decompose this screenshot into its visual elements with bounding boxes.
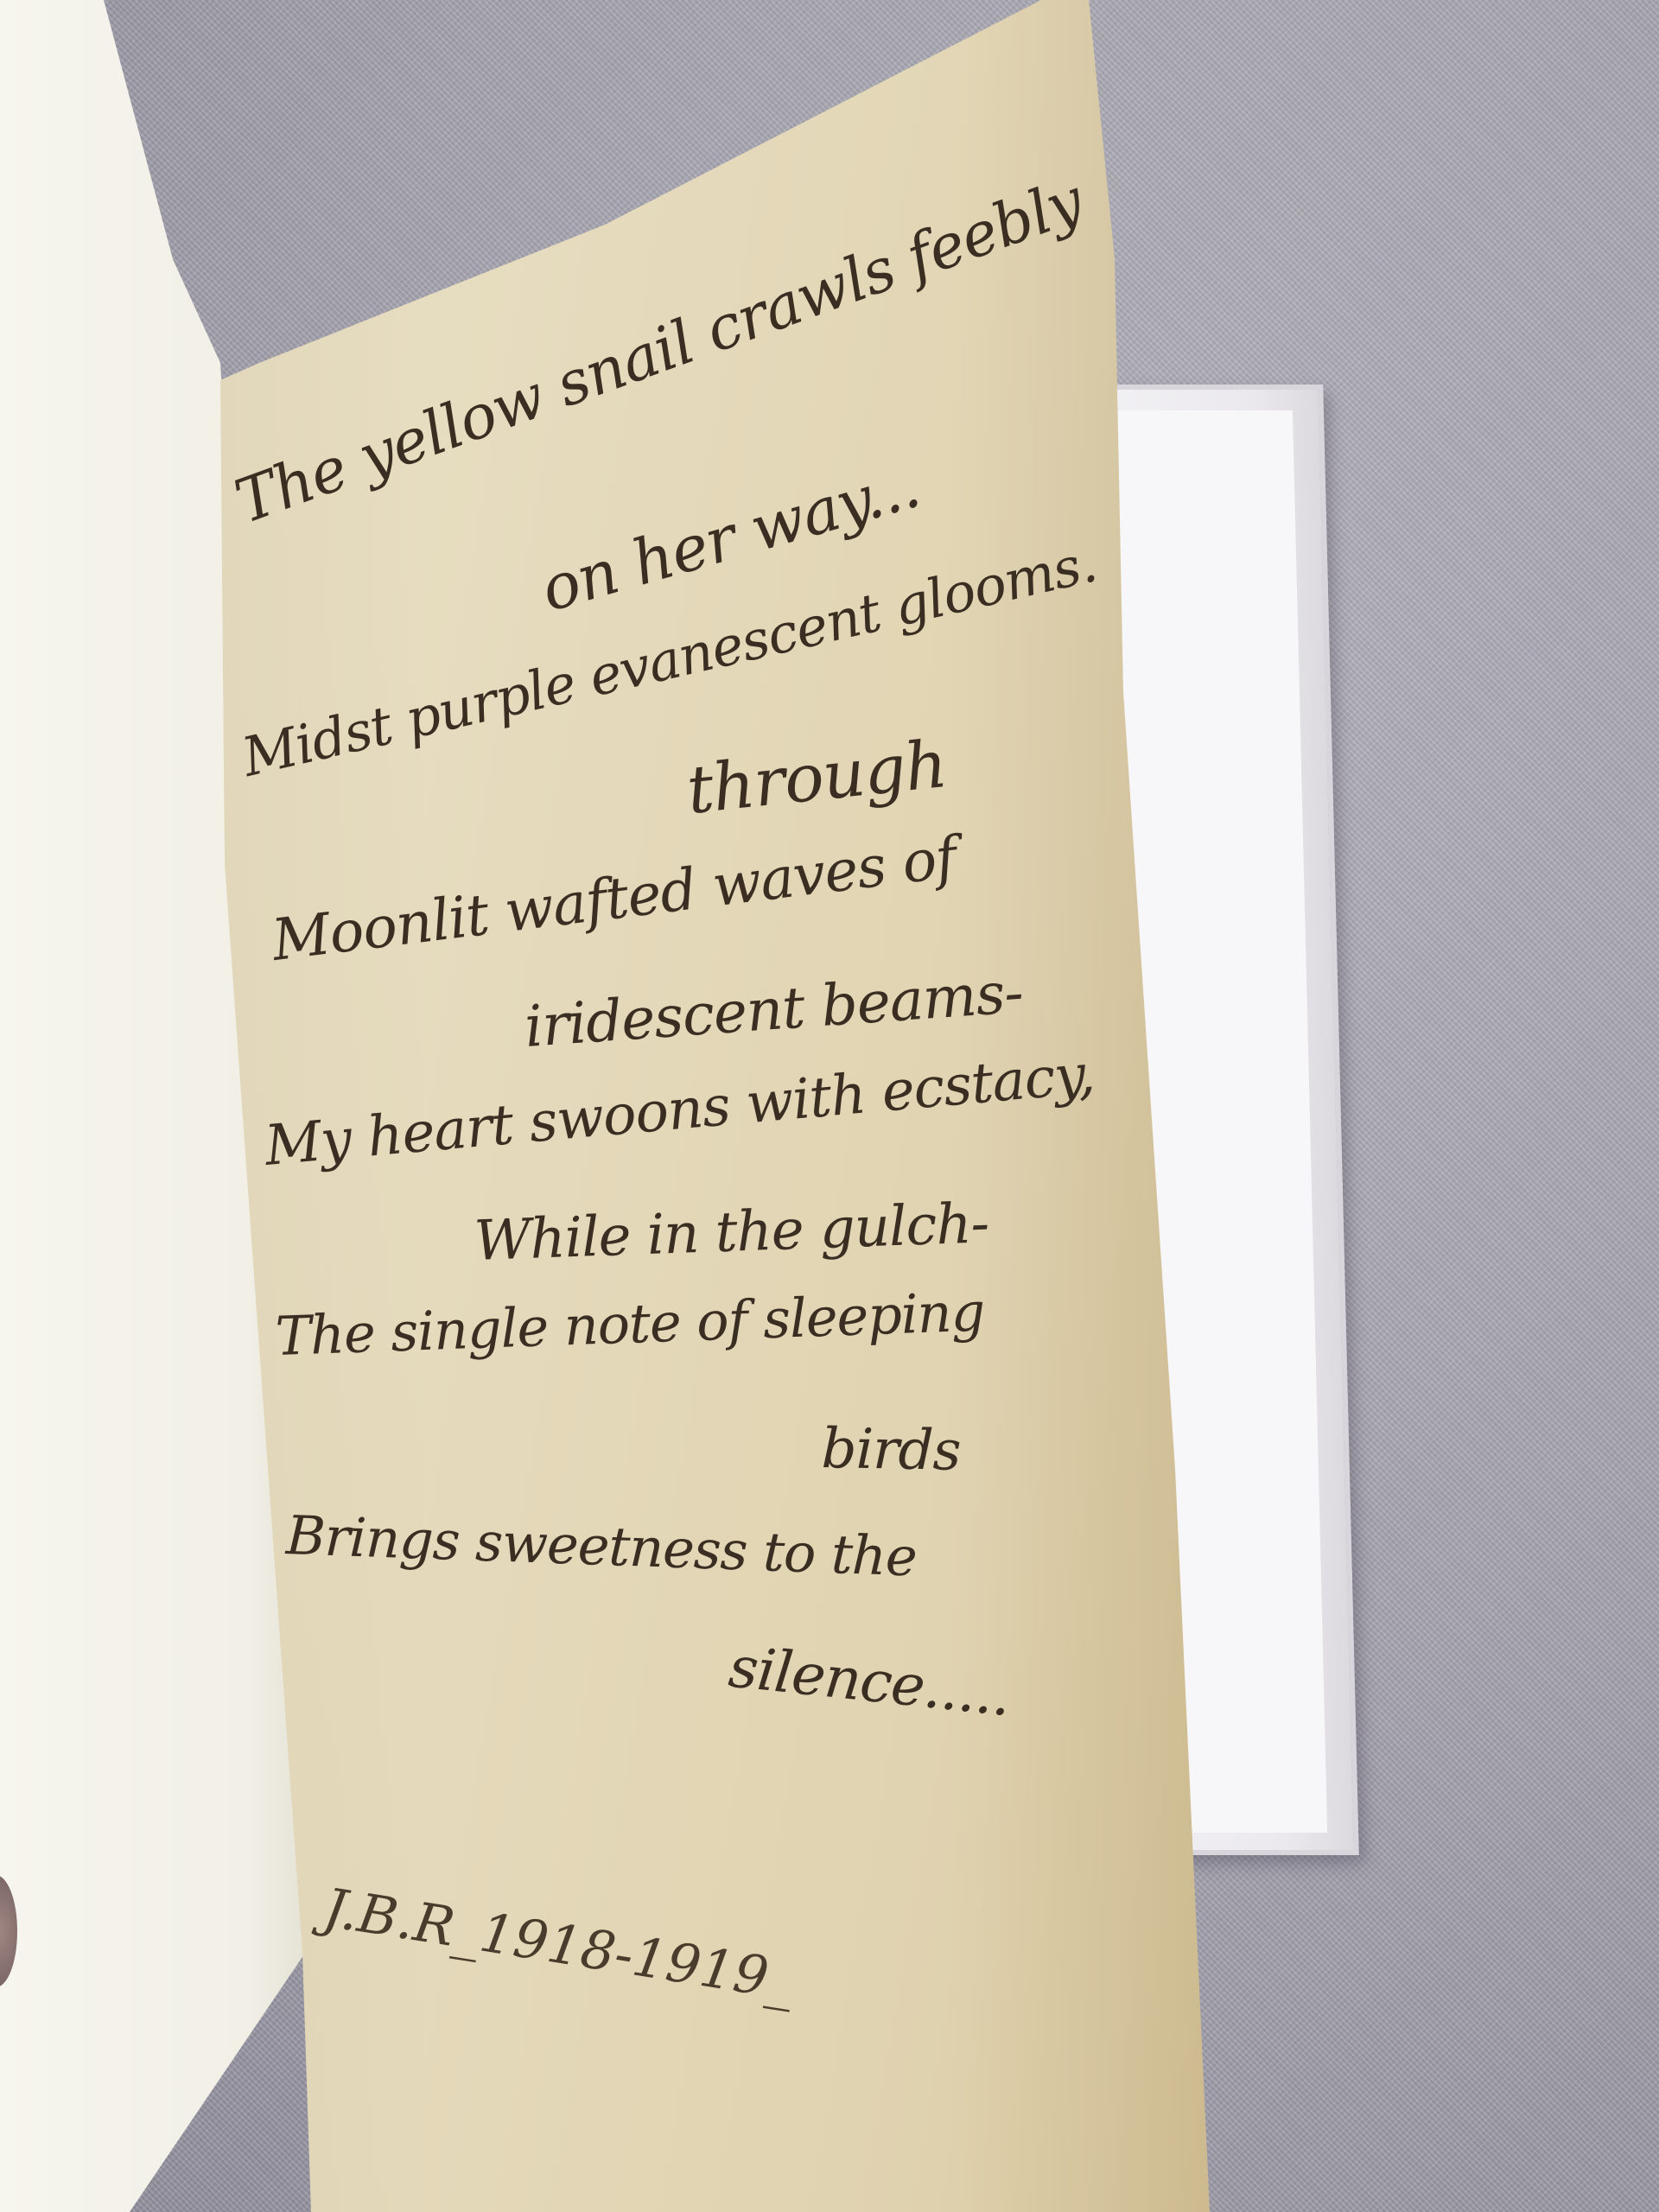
poem-line-12: silence.....: [726, 1633, 1014, 1729]
signature-date: J.B.R_1918-1919_: [320, 1876, 799, 2012]
poem-line-9: The single note of sleeping: [274, 1280, 985, 1368]
poem-line-6: iridescent beams-: [523, 959, 1025, 1060]
poem-line-4: through: [683, 725, 950, 829]
poem-line-7: My heart swoons with ecstacy,: [263, 1042, 1097, 1179]
poem-line-11: Brings sweetness to the: [285, 1503, 918, 1588]
photo-scene: The yellow snail crawls feebly on her wa…: [0, 0, 1659, 2212]
poem-line-5: Moonlit wafted waves of: [269, 823, 960, 974]
poem-line-8: While in the gulch-: [473, 1192, 989, 1274]
handwritten-poem: The yellow snail crawls feebly on her wa…: [242, 0, 1175, 2212]
poem-line-1: The yellow snail crawls feebly: [226, 165, 1091, 537]
poem-line-10: birds: [821, 1417, 961, 1484]
